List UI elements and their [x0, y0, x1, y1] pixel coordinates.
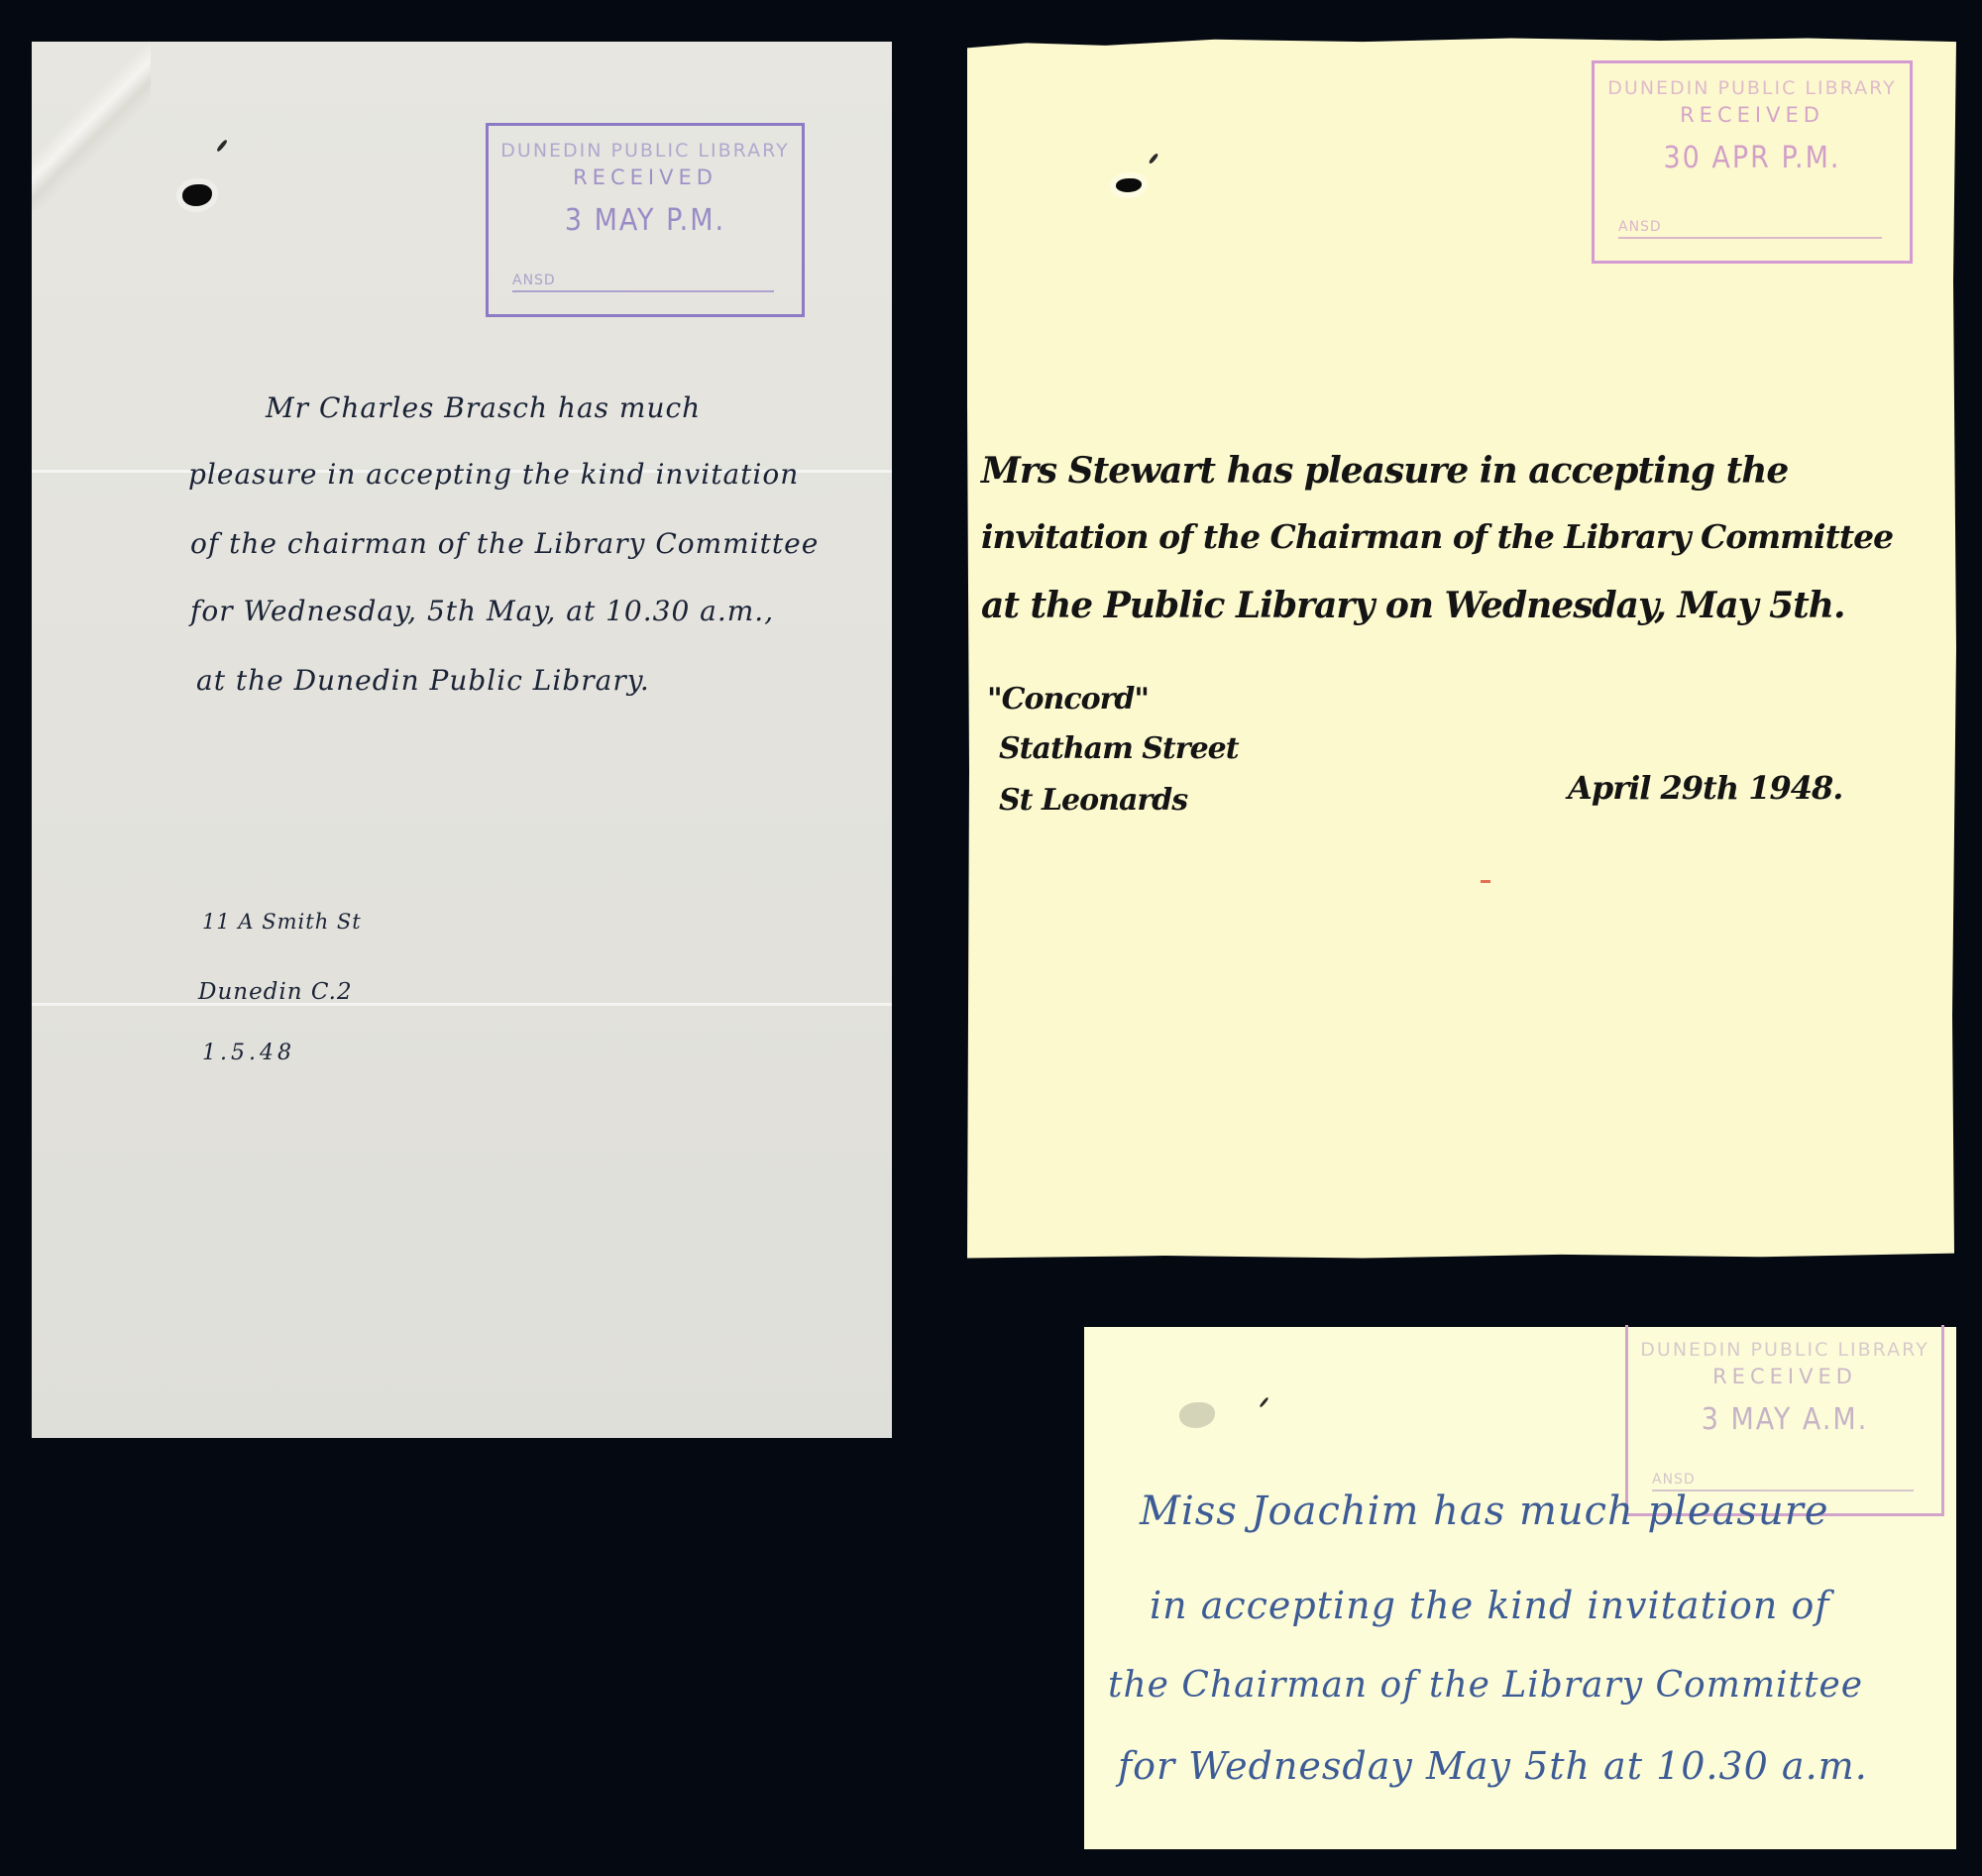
- body-line: for Wednesday May 5th at 10.30 a.m.: [1118, 1744, 1868, 1788]
- body-line: Miss Joachim has much pleasure: [1140, 1489, 1829, 1534]
- body-line: in accepting the kind invitation of: [1150, 1584, 1829, 1627]
- body-line: Mrs Stewart has pleasure in accepting th…: [981, 450, 1788, 492]
- body-line: at the Dunedin Public Library.: [196, 664, 650, 697]
- punch-hole: [1179, 1402, 1215, 1428]
- stamp-date: 3 MAY P.M.: [489, 203, 802, 238]
- address-line: Dunedin C.2: [198, 979, 353, 1005]
- address-line: Statham Street: [999, 731, 1239, 766]
- ink-speck: [1149, 153, 1159, 165]
- punch-hole: [1116, 178, 1142, 192]
- paper-fold: [32, 42, 151, 210]
- body-line: for Wednesday, 5th May, at 10.30 a.m.,: [190, 595, 774, 627]
- stamp-library-name: DUNEDIN PUBLIC LIBRARY: [489, 140, 802, 162]
- red-mark: [1481, 880, 1490, 883]
- ink-speck: [216, 139, 228, 152]
- body-line: Mr Charles Brasch has much: [266, 391, 701, 424]
- body-line: the Chairman of the Library Committee: [1108, 1665, 1863, 1706]
- paper-crease: [32, 1003, 892, 1006]
- body-line: pleasure in accepting the kind invitatio…: [188, 458, 799, 491]
- letter-date: April 29th 1948.: [1568, 769, 1842, 807]
- ink-speck: [1259, 1396, 1268, 1407]
- stamp-received-label: RECEIVED: [1595, 103, 1910, 127]
- received-stamp-stewart: DUNEDIN PUBLIC LIBRARY RECEIVED 30 APR P…: [1592, 60, 1913, 264]
- stamp-received-label: RECEIVED: [1628, 1365, 1941, 1388]
- body-line: invitation of the Chairman of the Librar…: [981, 517, 1893, 556]
- stamp-library-name: DUNEDIN PUBLIC LIBRARY: [1595, 77, 1910, 99]
- stamp-date: 30 APR P.M.: [1595, 141, 1910, 175]
- stamp-ansd: ANSD: [1618, 219, 1882, 239]
- address-line: 11 A Smith St: [202, 910, 362, 934]
- body-line: at the Public Library on Wednesday, May …: [981, 585, 1845, 626]
- stamp-library-name: DUNEDIN PUBLIC LIBRARY: [1628, 1339, 1941, 1361]
- stamp-ansd: ANSD: [512, 273, 774, 292]
- address-line: St Leonards: [999, 783, 1187, 818]
- received-stamp-brasch: DUNEDIN PUBLIC LIBRARY RECEIVED 3 MAY P.…: [486, 123, 805, 317]
- body-line: of the chairman of the Library Committee: [190, 527, 819, 560]
- punch-hole: [182, 184, 212, 206]
- address-line: "Concord": [987, 682, 1149, 717]
- stamp-date: 3 MAY A.M.: [1628, 1402, 1941, 1437]
- letter-date: 1.5.48: [202, 1041, 295, 1065]
- stamp-received-label: RECEIVED: [489, 166, 802, 189]
